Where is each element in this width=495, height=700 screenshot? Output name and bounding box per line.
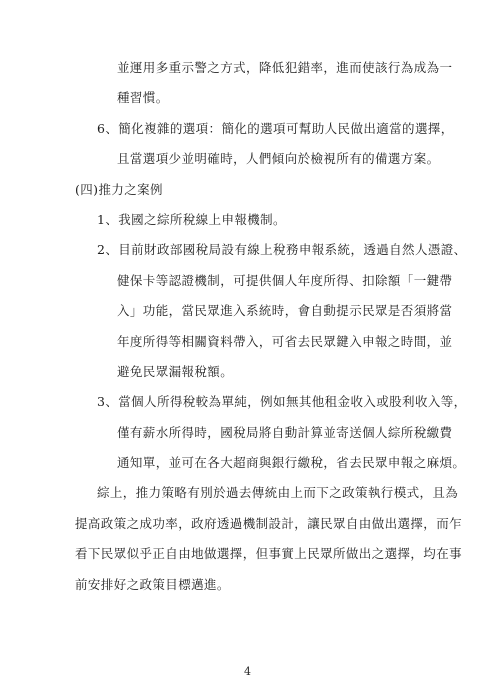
text-line: 並運用多重示警之方式，降低犯錯率，進而使該行為成為一 bbox=[75, 53, 460, 83]
text-line: 3、當個人所得稅較為單純，例如無其他租金收入或股利收入等， bbox=[75, 387, 460, 417]
text-line: 6、簡化複雜的選項：簡化的選項可幫助人民做出適當的選擇， bbox=[75, 114, 460, 144]
text-line: 提高政策之成功率，政府透過機制設計，讓民眾自由做出選擇，而乍 bbox=[75, 509, 460, 539]
text-line: 且當選項少並明確時，人們傾向於檢視所有的備選方案。 bbox=[75, 144, 460, 174]
text-line: 入」功能，當民眾進入系統時，會自動提示民眾是否須將當 bbox=[75, 296, 460, 326]
text-block: 並運用多重示警之方式，降低犯錯率，進而使該行為成為一種習慣。6、簡化複雜的選項：… bbox=[75, 53, 460, 600]
text-line: 通知單，並可在各大超商與銀行繳稅，省去民眾申報之麻煩。 bbox=[75, 448, 460, 478]
text-line: 健保卡等認證機制，可提供個人年度所得、扣除額「一鍵帶 bbox=[75, 266, 460, 296]
text-line: 避免民眾漏報稅額。 bbox=[75, 357, 460, 387]
document-page: 並運用多重示警之方式，降低犯錯率，進而使該行為成為一種習慣。6、簡化複雜的選項：… bbox=[0, 0, 495, 700]
text-line: 1、我國之綜所稅線上申報機制。 bbox=[75, 205, 460, 235]
text-line: 前安排好之政策目標邁進。 bbox=[75, 570, 460, 600]
text-line: (四)推力之案例 bbox=[75, 175, 460, 205]
text-line: 2、目前財政部國稅局設有線上稅務申報系統，透過自然人憑證、 bbox=[75, 235, 460, 265]
text-line: 年度所得等相關資料帶入，可省去民眾鍵入申報之時間，並 bbox=[75, 327, 460, 357]
text-line: 綜上，推力策略有別於過去傳統由上而下之政策執行模式，且為 bbox=[75, 478, 460, 508]
text-line: 種習慣。 bbox=[75, 83, 460, 113]
text-line: 僅有薪水所得時，國稅局將自動計算並寄送個人綜所稅繳費 bbox=[75, 418, 460, 448]
text-line: 看下民眾似乎正自由地做選擇，但事實上民眾所做出之選擇，均在事 bbox=[75, 539, 460, 569]
page-number: 4 bbox=[0, 664, 495, 680]
